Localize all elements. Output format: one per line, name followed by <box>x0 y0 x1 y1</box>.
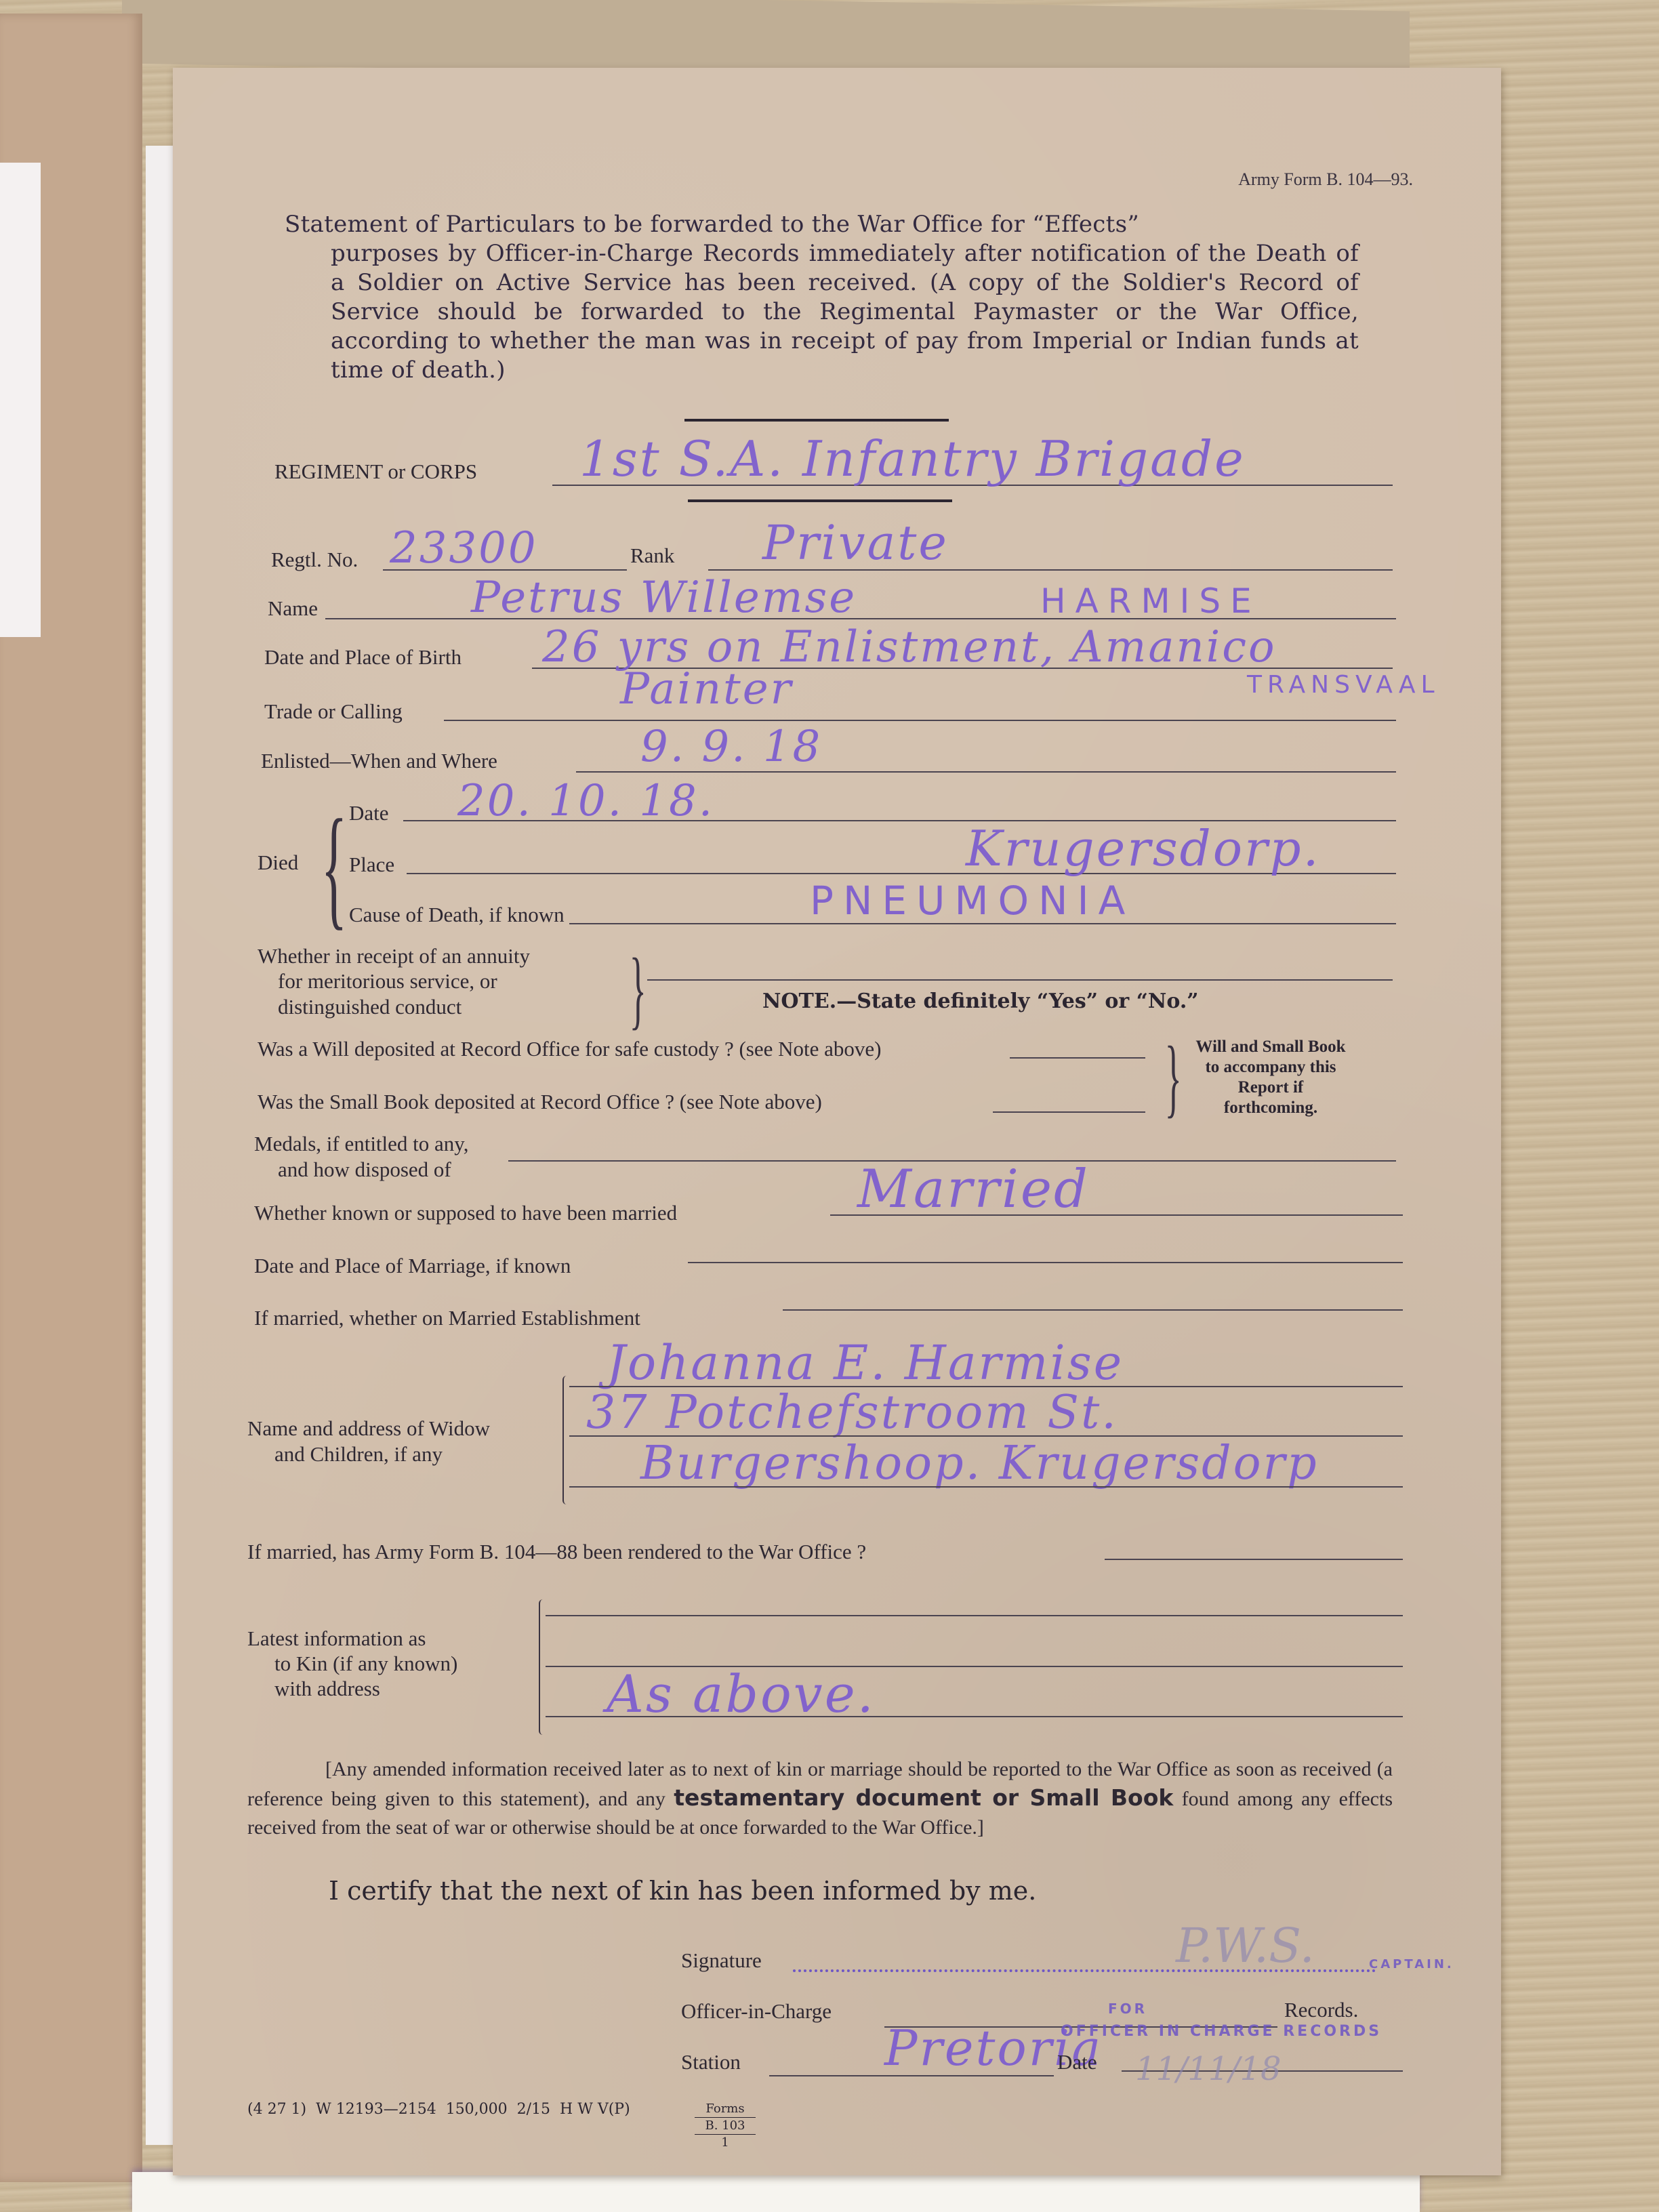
name-label: Name <box>268 596 318 621</box>
signature-value: P.W.S. <box>1176 1918 1315 1973</box>
trade-value: Painter <box>620 664 793 714</box>
died-place-value: Krugersdorp. <box>966 820 1320 877</box>
kin-bracket <box>539 1599 543 1735</box>
white-slip <box>0 163 41 637</box>
kin-ruled-line-3[interactable] <box>546 1716 1403 1717</box>
printer-imprint: (4 27 1) W 12193—2154 150,000 2/15 H W V… <box>247 2101 630 2118</box>
widow-label-1: Name and address of Widow <box>247 1416 490 1441</box>
forms-ref-1: Forms <box>695 2101 756 2118</box>
widow-line-1: Johanna E. Harmise <box>607 1335 1124 1391</box>
widow-line-2: 37 Potchefstroom St. <box>586 1386 1118 1439</box>
army-form-document: Army Form B. 104—93. Statement of Partic… <box>173 68 1501 2175</box>
amendment-bold: testamentary document or Small Book <box>674 1784 1173 1811</box>
name-surname-value: HARMISE <box>1040 581 1261 621</box>
certify-statement: I certify that the next of kin has been … <box>329 1876 1036 1906</box>
kin-value: As above. <box>607 1664 876 1724</box>
kin-ruled-line-1[interactable] <box>546 1615 1403 1616</box>
white-slip-edge <box>146 146 173 2145</box>
header-body: purposes by Officer-in-Charge Records im… <box>285 239 1359 385</box>
married-label: Whether known or supposed to have been m… <box>254 1201 677 1225</box>
died-date-value: 20. 10. 18. <box>457 776 714 826</box>
medals-label-1: Medals, if entitled to any, <box>254 1132 469 1156</box>
officer-in-charge-stamp: OFFICER IN CHARGE RECORDS <box>1061 2023 1382 2040</box>
married-establishment-label: If married, whether on Married Establish… <box>254 1306 640 1330</box>
regiment-value: 1st S.A. Infantry Brigade <box>579 430 1246 487</box>
marriage-date-line[interactable] <box>688 1262 1403 1263</box>
form-b104-88-label: If married, has Army Form B. 104—88 been… <box>247 1540 866 1564</box>
signature-label: Signature <box>681 1948 762 1973</box>
forms-ref-2: B. 103 <box>695 2118 756 2135</box>
amendment-note: [Any amended information received later … <box>247 1755 1393 1842</box>
forms-reference: Forms B. 103 1 <box>695 2101 756 2151</box>
kin-label-1: Latest information as <box>247 1626 426 1651</box>
birth-label: Date and Place of Birth <box>264 645 462 670</box>
small-book-line[interactable] <box>993 1111 1145 1113</box>
rank-label: Rank <box>630 544 674 568</box>
will-line[interactable] <box>1010 1057 1145 1059</box>
will-label: Was a Will deposited at Record Office fo… <box>258 1037 881 1061</box>
small-book-label: Was the Small Book deposited at Record O… <box>258 1090 822 1114</box>
enlisted-label: Enlisted—When and Where <box>261 749 497 773</box>
annuity-brace: } <box>630 945 647 1033</box>
trade-line[interactable] <box>444 720 1396 721</box>
regiment-label: REGIMENT or CORPS <box>274 459 477 484</box>
cause-value: PNEUMONIA <box>810 878 1134 924</box>
records-label: Records. <box>1284 1998 1358 2022</box>
kin-label-3: with address <box>274 1677 380 1701</box>
trade-label: Trade or Calling <box>264 699 403 724</box>
annuity-label-2: for meritorious service, or <box>278 969 497 994</box>
officer-label: Officer-in-Charge <box>681 1999 832 2024</box>
married-establishment-line[interactable] <box>783 1309 1403 1311</box>
yes-no-note: NOTE.—State definitely “Yes” or “No.” <box>762 989 1199 1013</box>
form-number: Army Form B. 104—93. <box>1238 169 1413 190</box>
died-label: Died <box>258 851 298 875</box>
kin-label-2: to Kin (if any known) <box>274 1652 457 1676</box>
captain-stamp: CAPTAIN. <box>1369 1957 1454 1971</box>
annuity-label-3: distinguished conduct <box>278 995 462 1019</box>
forms-ref-3: 1 <box>695 2135 756 2151</box>
enlisted-value: 9. 9. 18 <box>640 722 822 772</box>
cause-label: Cause of Death, if known <box>349 903 565 927</box>
name-given-value: Petrus Willemse <box>471 573 857 623</box>
annuity-label-1: Whether in receipt of an annuity <box>258 944 530 968</box>
date-value: 11/11/18 <box>1135 2050 1282 2088</box>
died-brace: { <box>321 800 347 935</box>
widow-ruled-line-3[interactable] <box>569 1486 1403 1488</box>
will-side-note: Will and Small Book to accompany this Re… <box>1193 1037 1349 1118</box>
birth-extra-value: TRANSVAAL <box>1247 671 1440 699</box>
widow-label-2: and Children, if any <box>274 1442 443 1467</box>
date-label: Date <box>1057 2050 1097 2074</box>
married-value: Married <box>857 1159 1090 1220</box>
died-date-label: Date <box>349 801 389 825</box>
widow-bracket <box>562 1376 567 1504</box>
regtl-no-label: Regtl. No. <box>271 548 358 572</box>
form-b104-88-line[interactable] <box>1105 1559 1403 1560</box>
regtl-no-value: 23300 <box>390 523 538 573</box>
for-stamp: FOR <box>1108 2001 1147 2017</box>
underlying-sheet <box>132 2172 1420 2212</box>
died-place-label: Place <box>349 853 394 877</box>
marriage-date-label: Date and Place of Marriage, if known <box>254 1254 571 1278</box>
rule-bottom <box>688 499 952 502</box>
form-header: Statement of Particulars to be forwarded… <box>285 210 1359 385</box>
rank-value: Private <box>762 515 949 571</box>
rule-top <box>684 419 949 422</box>
widow-line-3: Burgershoop. Krugersdorp <box>640 1437 1319 1490</box>
annuity-line[interactable] <box>647 979 1393 981</box>
header-line-1: Statement of Particulars to be forwarded… <box>285 210 1359 239</box>
will-brace: } <box>1165 1033 1182 1122</box>
medals-label-2: and how disposed of <box>278 1158 451 1182</box>
station-label: Station <box>681 2050 741 2074</box>
